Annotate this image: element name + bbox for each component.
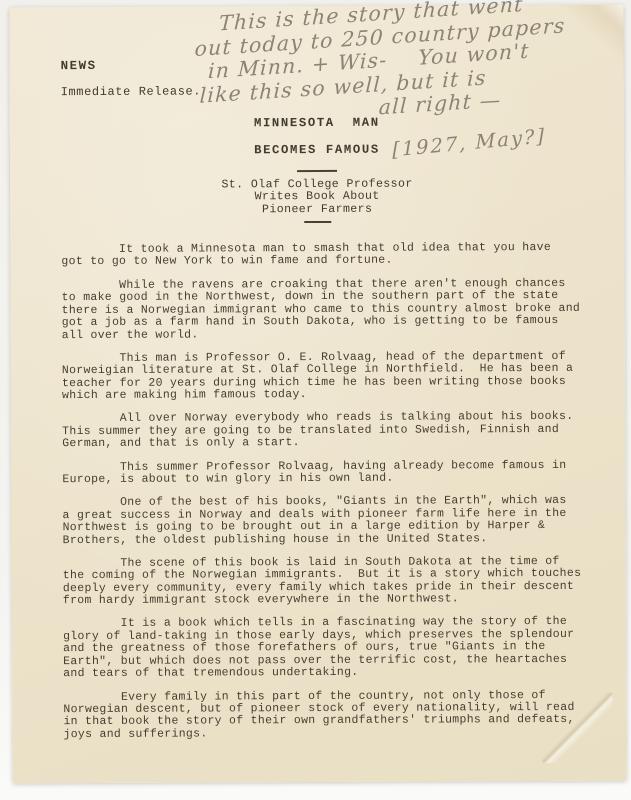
paragraph: All over Norway everybody who reads is t… [62, 411, 607, 451]
paragraph: It took a Minnesota man to smash that ol… [61, 242, 606, 269]
handwritten-annotation: This is the story that went out today to… [180, 0, 631, 132]
paragraph: While the ravens are croaking that there… [61, 277, 606, 342]
document-paper: NEWS Immediate Release. This is the stor… [9, 5, 626, 784]
paragraph: Every family in this part of the country… [63, 689, 608, 741]
release-label: Immediate Release. [61, 85, 201, 100]
paragraph: It is a book which tells in a fascinatin… [63, 616, 608, 681]
body-text: It took a Minnesota man to smash that ol… [61, 242, 608, 752]
paragraph: This summer Professor Rolvaag, having al… [62, 459, 607, 486]
divider-rule [297, 170, 337, 172]
headline-block: MINNESOTA MAN BECOMES FAMOUS St. Olaf Co… [10, 115, 624, 225]
headline-line-1: MINNESOTA MAN [10, 115, 624, 132]
scan-background: NEWS Immediate Release. This is the stor… [0, 0, 631, 800]
paragraph: The scene of this book is laid in South … [63, 556, 608, 608]
subheadline-block: St. Olaf College Professor Writes Book A… [10, 178, 624, 218]
news-label: NEWS [61, 59, 97, 73]
headline-line-2: BECOMES FAMOUS [10, 142, 624, 159]
subheadline-line: Pioneer Farmers [10, 202, 624, 217]
divider-rule [304, 221, 331, 223]
paragraph: This man is Professor O. E. Rolvaag, hea… [62, 351, 607, 403]
paragraph: One of the best of his books, "Giants in… [62, 495, 607, 547]
